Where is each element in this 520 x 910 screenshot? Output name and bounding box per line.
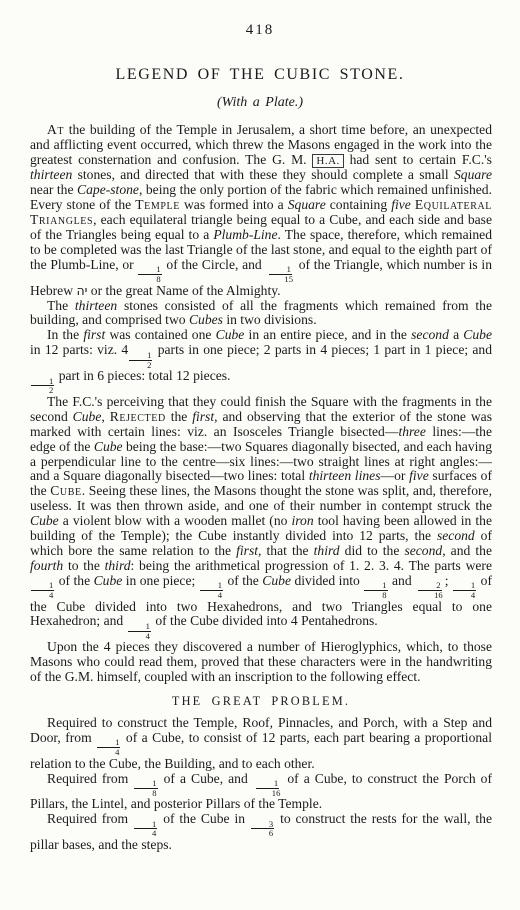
page-number: 418 bbox=[0, 0, 520, 39]
fraction: 14 bbox=[453, 581, 476, 599]
paragraph-1: At the building of the Temple in Jerusal… bbox=[30, 123, 492, 299]
fraction: 18 bbox=[134, 779, 157, 797]
article-title: LEGEND OF THE CUBIC STONE. bbox=[0, 66, 520, 84]
problem-heading: THE GREAT PROBLEM. bbox=[30, 694, 492, 709]
scan-page: 418 LEGEND OF THE CUBIC STONE. (With a P… bbox=[0, 0, 520, 910]
fraction: 18 bbox=[364, 581, 387, 599]
fraction: 115 bbox=[266, 265, 294, 283]
fraction: 36 bbox=[251, 820, 274, 838]
fraction: 18 bbox=[138, 265, 161, 283]
problem-paragraph-1: Required to construct the Temple, Roof, … bbox=[30, 716, 492, 772]
fraction: 216 bbox=[416, 581, 444, 599]
fraction: 14 bbox=[200, 581, 223, 599]
fraction: 14 bbox=[31, 581, 54, 599]
article-body: At the building of the Temple in Jerusal… bbox=[30, 123, 492, 853]
fraction: 14 bbox=[128, 622, 151, 640]
fraction: 12 bbox=[129, 351, 152, 369]
fraction: 14 bbox=[134, 820, 157, 838]
article-subtitle: (With a Plate.) bbox=[0, 95, 520, 111]
fraction: 14 bbox=[97, 738, 120, 756]
fraction: 116 bbox=[254, 779, 282, 797]
problem-paragraph-2: Required from 18 of a Cube, and 116 of a… bbox=[30, 772, 492, 813]
fraction: 12 bbox=[31, 377, 54, 395]
paragraph-4: The F.C.'s perceiving that they could fi… bbox=[30, 395, 492, 640]
problem-paragraph-3: Required from 14 of the Cube in 36 to co… bbox=[30, 812, 492, 853]
paragraph-3: In the first was contained one Cube in a… bbox=[30, 328, 492, 395]
paragraph-5: Upon the 4 pieces they discovered a numb… bbox=[30, 640, 492, 685]
paragraph-2: The thirteen stones consisted of all the… bbox=[30, 299, 492, 329]
